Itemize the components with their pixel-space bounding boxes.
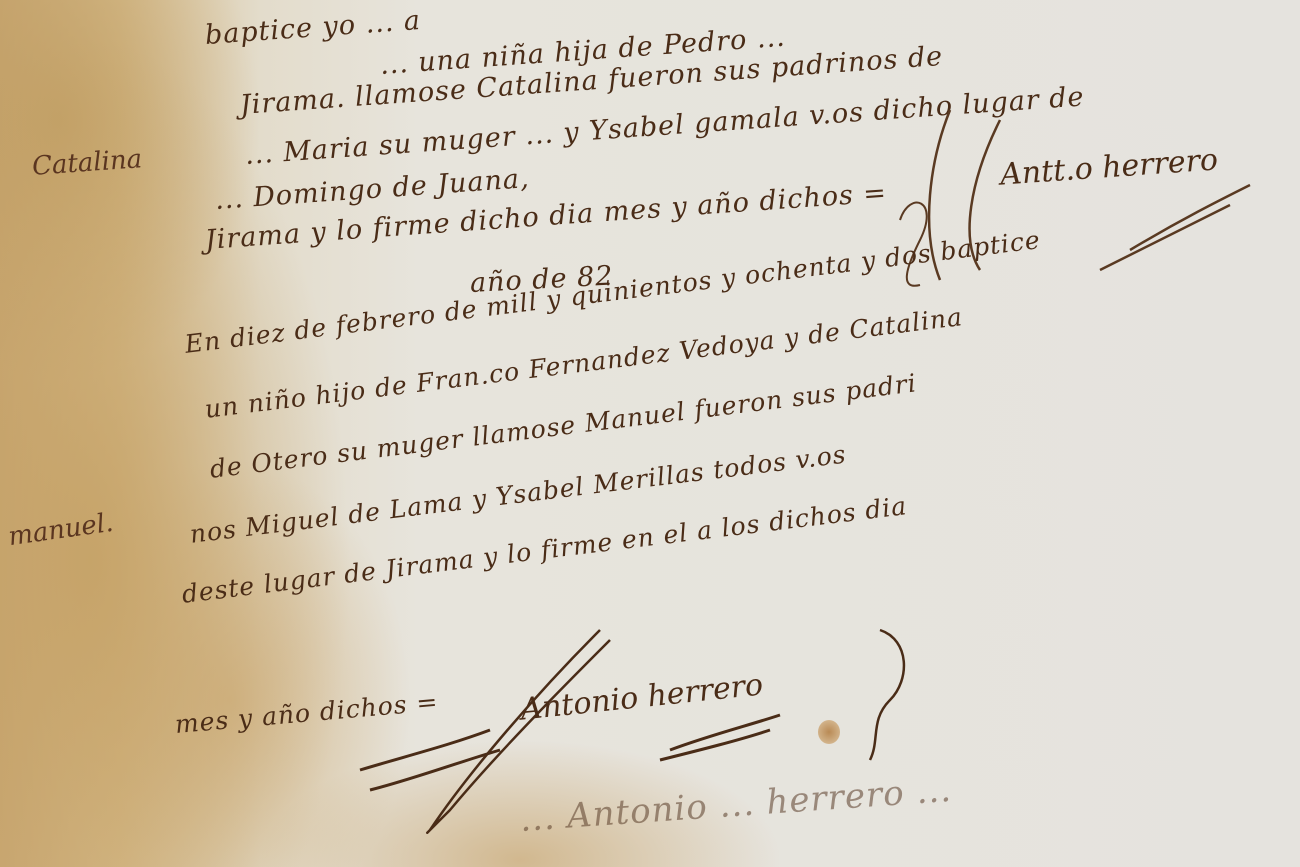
signature-flourish-1 [880,100,1260,300]
